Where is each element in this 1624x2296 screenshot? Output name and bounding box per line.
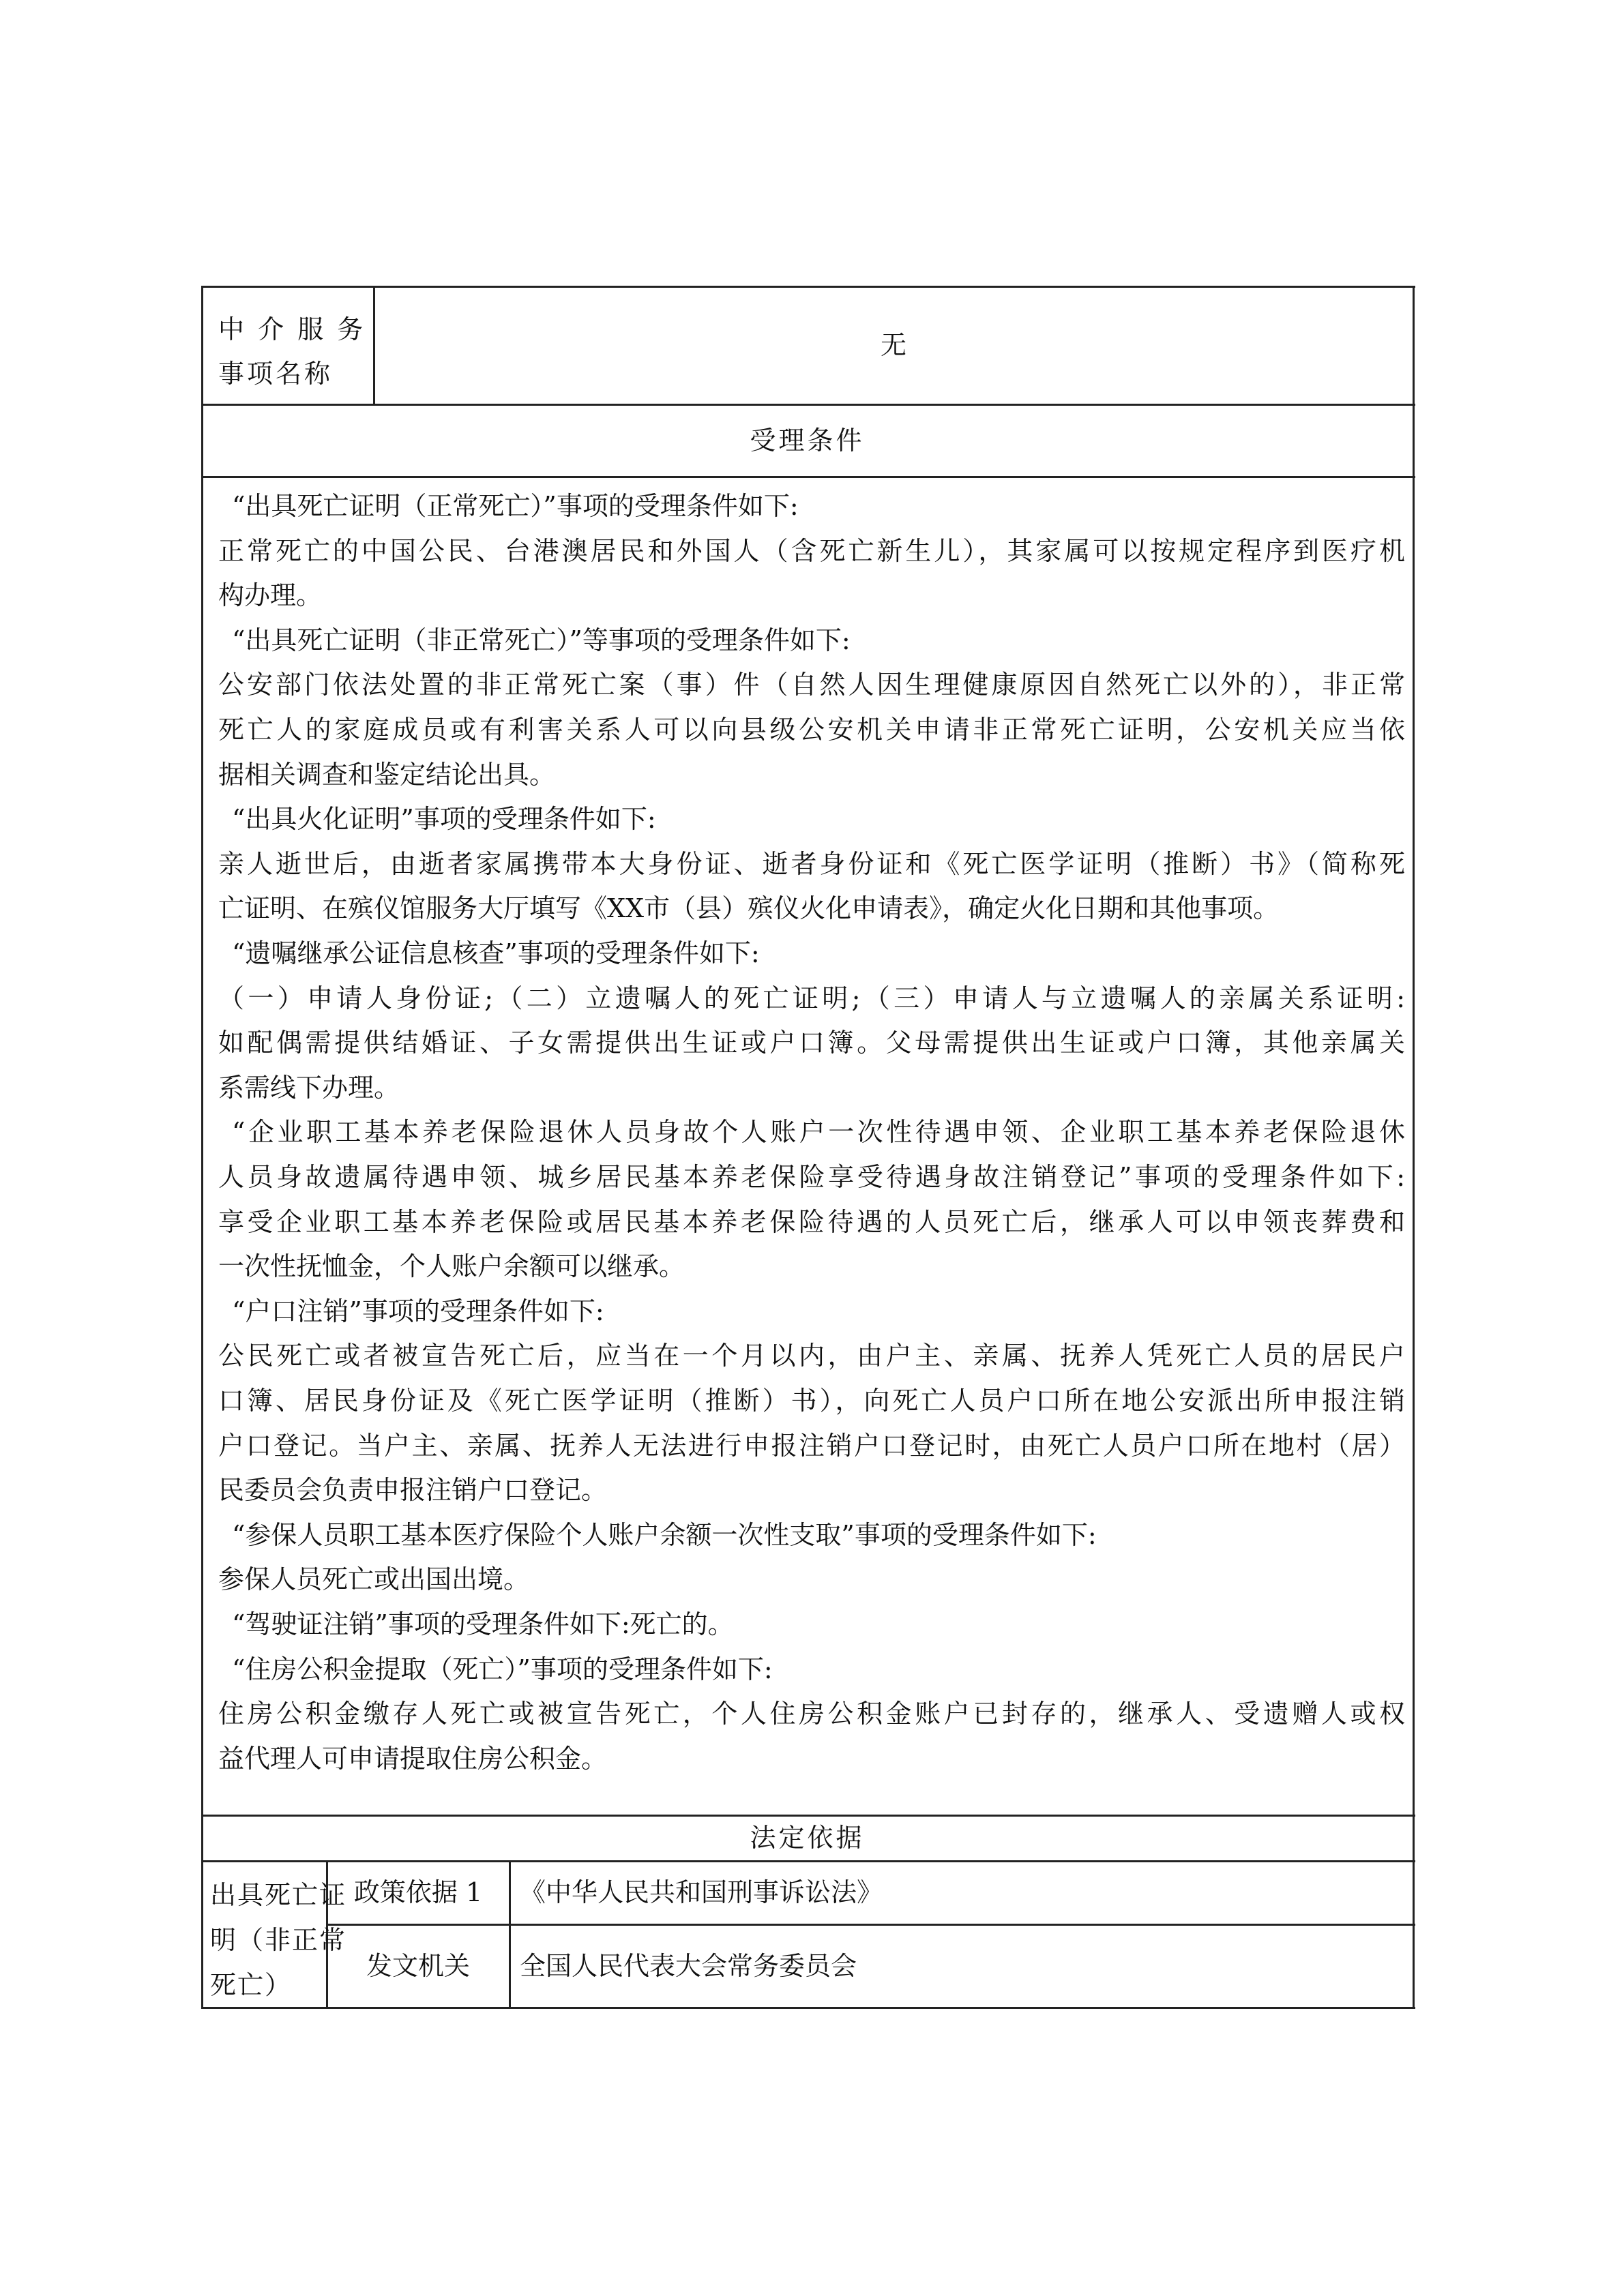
table-border-top — [201, 286, 1415, 288]
table-border-right — [1413, 286, 1415, 2009]
conditions-line: 亡证明、在殡仪馆服务大厅填写《XX市（县）殡仪火化申请表》，确定火化日期和其他事… — [218, 893, 1279, 924]
conditions-line: “遗嘱继承公证信息核查”事项的受理条件如下: — [232, 938, 760, 969]
legal-basis-heading: 法定依据 — [201, 1822, 1413, 1853]
conditions-line: “出具死亡证明（非正常死亡）”等事项的受理条件如下: — [232, 625, 851, 656]
conditions-line: “参保人员职工基本医疗保险个人账户余额一次性支取”事项的受理条件如下: — [232, 1519, 1097, 1551]
legal-basis-item-label-line3: 死亡） — [210, 1969, 292, 2001]
conditions-line: 民委员会负责申报注销户口登记。 — [218, 1474, 607, 1506]
row-divider — [201, 1815, 1415, 1817]
row-divider — [201, 476, 1415, 478]
conditions-line: 住房公积金缴存人死亡或被宣告死亡，个人住房公积金账户已封存的，继承人、受遗赠人或… — [218, 1698, 1405, 1729]
conditions-line: 构办理。 — [218, 580, 322, 611]
table-border-bottom — [201, 2007, 1415, 2009]
policy-basis-value: 《中华人民共和国刑事诉讼法》 — [520, 1877, 883, 1908]
conditions-line: 享受企业职工基本养老保险或居民基本养老保险待遇的人员死亡后，继承人可以申领丧葬费… — [218, 1206, 1405, 1238]
conditions-line: 正常死亡的中国公民、台港澳居民和外国人（含死亡新生儿），其家属可以按规定程序到医… — [218, 535, 1405, 567]
legal-basis-item-label-line1: 出具死亡证 — [210, 1879, 346, 1911]
conditions-line: 系需线下办理。 — [218, 1072, 400, 1103]
conditions-line: 亲人逝世后，由逝者家属携带本大身份证、逝者身份证和《死亡医学证明（推断）书》（简… — [218, 848, 1405, 880]
conditions-line: 如配偶需提供结婚证、子女需提供出生证或户口簿。父母需提供出生证或户口簿，其他亲属… — [218, 1027, 1405, 1058]
conditions-line: “户口注销”事项的受理条件如下: — [232, 1296, 604, 1327]
service-name-value: 无 — [374, 329, 1413, 361]
conditions-line: 参保人员死亡或出国出境。 — [218, 1564, 529, 1595]
policy-basis-label: 政策依据 1 — [327, 1877, 510, 1908]
row-divider — [201, 404, 1415, 406]
table-border-left — [201, 286, 203, 2009]
issuing-authority-label: 发文机关 — [327, 1950, 510, 1982]
conditions-line: “驾驶证注销”事项的受理条件如下:死亡的。 — [232, 1609, 734, 1640]
conditions-line: （一）申请人身份证;（二）立遗嘱人的死亡证明;（三）申请人与立遗嘱人的亲属关系证… — [218, 983, 1405, 1014]
conditions-line: 公民死亡或者被宣告死亡后，应当在一个月以内，由户主、亲属、抚养人凭死亡人员的居民… — [218, 1340, 1405, 1371]
issuing-authority-value: 全国人民代表大会常务委员会 — [520, 1950, 857, 1982]
conditions-line: 户口登记。当户主、亲属、抚养人无法进行申报注销户口登记时，由死亡人员户口所在地村… — [218, 1430, 1405, 1461]
conditions-line: 口簿、居民身份证及《死亡医学证明（推断）书），向死亡人员户口所在地公安派出所申报… — [218, 1385, 1405, 1416]
conditions-line: 益代理人可申请提取住房公积金。 — [218, 1743, 607, 1774]
conditions-line: 一次性抚恤金，个人账户余额可以继承。 — [218, 1251, 685, 1282]
conditions-line: 死亡人的家庭成员或有利害关系人可以向县级公安机关申请非正常死亡证明，公安机关应当… — [218, 714, 1405, 745]
conditions-line: 人员身故遗属待遇申领、城乡居民基本养老保险享受待遇身故注销登记”事项的受理条件如… — [218, 1161, 1405, 1193]
conditions-line: “出具死亡证明（正常死亡）”事项的受理条件如下: — [232, 490, 799, 522]
row-divider — [201, 1860, 1415, 1862]
legal-basis-item-label-line2: 明（非正常 — [210, 1924, 346, 1956]
conditions-line: “住房公积金提取（死亡）”事项的受理条件如下: — [232, 1654, 773, 1685]
conditions-line: “出具火化证明”事项的受理条件如下: — [232, 803, 656, 835]
row-divider — [327, 1924, 1415, 1926]
service-name-label-line2: 事项名称 — [218, 358, 333, 389]
service-name-label-line1: 中 介 服 务 — [218, 314, 366, 345]
conditions-heading: 受理条件 — [201, 425, 1413, 456]
conditions-line: 公安部门依法处置的非正常死亡案（事）件（自然人因生理健康原因自然死亡以外的），非… — [218, 669, 1405, 700]
conditions-line: “企业职工基本养老保险退休人员身故个人账户一次性待遇申领、企业职工基本养老保险退… — [232, 1116, 1405, 1148]
conditions-line: 据相关调查和鉴定结论出具。 — [218, 759, 555, 790]
